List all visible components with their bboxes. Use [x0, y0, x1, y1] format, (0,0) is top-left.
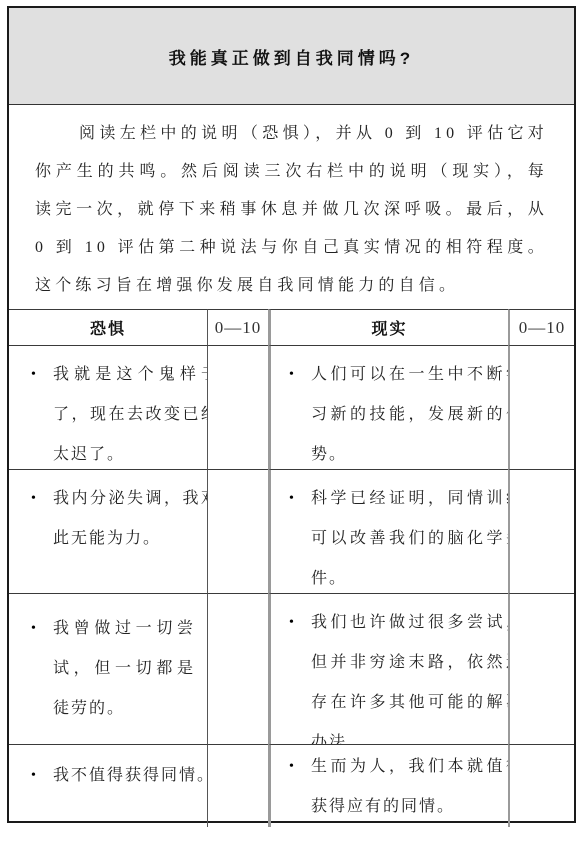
fear-scale-header: 0—10: [207, 309, 268, 345]
fear-rating-cell: [207, 345, 268, 469]
bullet-icon: •: [31, 756, 36, 796]
reality-rating-cell: [508, 345, 574, 469]
fear-statement: •我不值得获得同情。: [29, 756, 207, 796]
bullet-icon: •: [289, 747, 294, 787]
reality-cell: •科学已经证明，同情训练可以改善我们的脑化学条件。: [268, 469, 508, 593]
reality-cell: •生而为人，我们本就值得获得应有的同情。: [268, 744, 508, 827]
bullet-icon: •: [31, 609, 36, 649]
reality-statement: •生而为人，我们本就值得获得应有的同情。: [287, 747, 508, 827]
worksheet-title-bar: 我能真正做到自我同情吗?: [9, 8, 574, 105]
worksheet-title: 我能真正做到自我同情吗?: [169, 44, 414, 69]
fear-cell: •我曾做过一切尝试，但一切都是徒劳的。: [9, 593, 207, 744]
reality-statement: •人们可以在一生中不断学习新的技能，发展新的优势。: [287, 355, 508, 469]
fear-statement: •我就是这个鬼样子了，现在去改变已经太迟了。: [29, 355, 207, 469]
fear-rating-cell: [207, 744, 268, 827]
reality-cell: •我们也许做过很多尝试，但并非穷途末路，依然还存在许多其他可能的解决办法。: [268, 593, 508, 744]
reality-cell: •人们可以在一生中不断学习新的技能，发展新的优势。: [268, 345, 508, 469]
bullet-icon: •: [289, 603, 294, 643]
instructions-section: 阅读左栏中的说明（恐惧），并从 0 到 10 评估它对你产生的共鸣。然后阅读三次…: [9, 105, 574, 309]
fear-rating-cell: [207, 593, 268, 744]
fear-cell: •我内分泌失调，我对此无能为力。: [9, 469, 207, 593]
reality-statement: •科学已经证明，同情训练可以改善我们的脑化学条件。: [287, 479, 508, 593]
reality-statement: •我们也许做过很多尝试，但并非穷途末路，依然还存在许多其他可能的解决办法。: [287, 603, 508, 744]
fear-reality-table: 恐惧 0—10 现实 0—10 •我就是这个鬼样子了，现在去改变已经太迟了。 •…: [9, 309, 574, 827]
reality-rating-cell: [508, 744, 574, 827]
bullet-icon: •: [31, 479, 36, 519]
fear-cell: •我就是这个鬼样子了，现在去改变已经太迟了。: [9, 345, 207, 469]
fear-statement: •我内分泌失调，我对此无能为力。: [29, 479, 207, 559]
reality-column-header: 现实: [268, 309, 508, 345]
fear-column-header: 恐惧: [9, 309, 207, 345]
fear-cell: •我不值得获得同情。: [9, 744, 207, 827]
fear-statement: •我曾做过一切尝试，但一切都是徒劳的。: [29, 609, 195, 729]
bullet-icon: •: [289, 355, 294, 395]
fear-rating-cell: [207, 469, 268, 593]
bullet-icon: •: [31, 355, 36, 395]
reality-rating-cell: [508, 593, 574, 744]
worksheet: 我能真正做到自我同情吗? 阅读左栏中的说明（恐惧），并从 0 到 10 评估它对…: [7, 6, 576, 823]
reality-scale-header: 0—10: [508, 309, 574, 345]
bullet-icon: •: [289, 479, 294, 519]
reality-rating-cell: [508, 469, 574, 593]
instructions-paragraph: 阅读左栏中的说明（恐惧），并从 0 到 10 评估它对你产生的共鸣。然后阅读三次…: [35, 115, 548, 305]
